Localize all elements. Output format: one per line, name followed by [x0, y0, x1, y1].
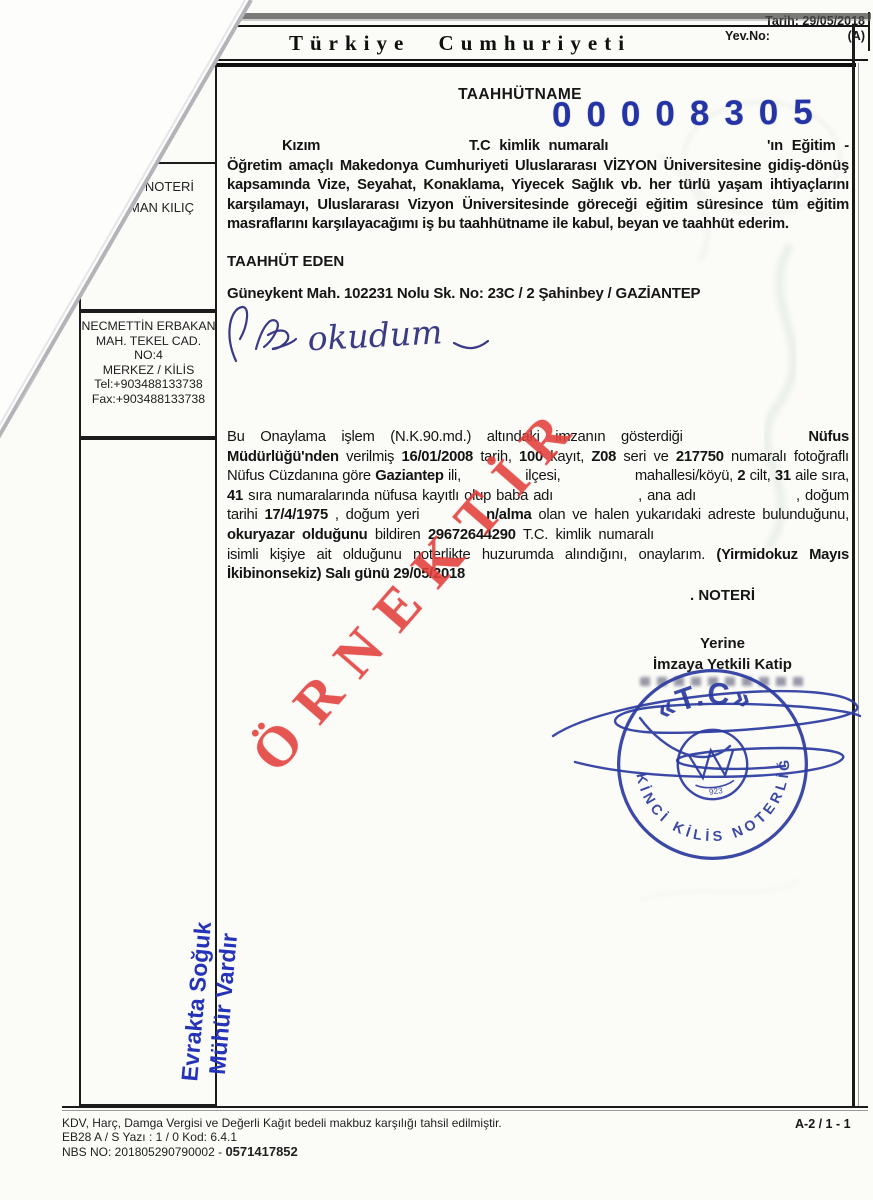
cold-seal-stamp-text: Evrakta Soğuk Mühür Vardır	[172, 876, 256, 1130]
country-title: Türkiye Cumhuriyeti	[289, 31, 631, 56]
handwritten-okudum-signature: okudum	[222, 299, 492, 371]
yevno-value: (A)	[848, 29, 865, 44]
notary-name-box: NOTERİ YMAN KILIÇ	[79, 162, 216, 311]
notary-name-line1: NOTERİ	[81, 176, 194, 197]
serial-number-stamp: 00008305	[552, 93, 828, 136]
yevno-label: Yev.No:	[725, 29, 770, 44]
header-band: Türkiye Cumhuriyeti	[195, 27, 725, 59]
address-line: Fax:+903488133738	[81, 392, 216, 407]
header-rule-thin	[195, 59, 868, 61]
footer-tax-line: KDV, Harç, Damga Vergisi ve Değerli Kağı…	[62, 1117, 502, 1131]
header-rule-thick	[195, 63, 856, 67]
date-line: Tarih: 29/05/2018	[722, 14, 868, 29]
frame-right-border	[852, 25, 855, 1108]
commitment-paragraph: Kızım T.C kimlik numaralı 'ın Eğitim - Ö…	[227, 137, 849, 235]
footer-page-ref: A-2 / 1 - 1	[795, 1117, 851, 1131]
clerk-signature-scrawl	[545, 666, 870, 816]
address-line: MAH. TEKEL CAD. NO:4	[81, 334, 216, 363]
cold-seal-box: Evrakta Soğuk Mühür Vardır	[79, 438, 216, 1106]
footer-nbs-line: NBS NO: 201805290790002 - 0571417852	[62, 1145, 502, 1160]
address-line: MERKEZ / KİLİS	[81, 363, 216, 378]
address-line: Tel:+903488133738	[81, 377, 216, 392]
address-line: NECMETTİN ERBAKAN	[81, 319, 216, 334]
deputy-line1: Yerine	[620, 633, 825, 654]
date-yevno-box: Tarih: 29/05/2018 Yev.No: (A)	[722, 12, 870, 51]
scanned-notary-document: { "header": { "title": "Türkiye Cumhuriy…	[0, 0, 873, 1200]
notary-name-line2: YMAN KILIÇ	[81, 197, 194, 218]
noter-label: . NOTERİ	[690, 587, 755, 604]
undertaker-label: TAAHHÜT EDEN	[227, 253, 344, 270]
footer-nbs-number: 0571417852	[225, 1144, 297, 1159]
footer-block: KDV, Harç, Damga Vergisi ve Değerli Kağı…	[62, 1117, 502, 1159]
yevno-line: Yev.No: (A)	[722, 29, 868, 44]
okudum-text: okudum	[307, 312, 444, 358]
frame-right-border-shadow	[858, 63, 859, 1108]
notary-address-box: NECMETTİN ERBAKAN MAH. TEKEL CAD. NO:4 M…	[79, 311, 216, 438]
footer-code-line: EB28 A / S Yazı : 1 / 0 Kod: 6.4.1	[62, 1131, 502, 1145]
